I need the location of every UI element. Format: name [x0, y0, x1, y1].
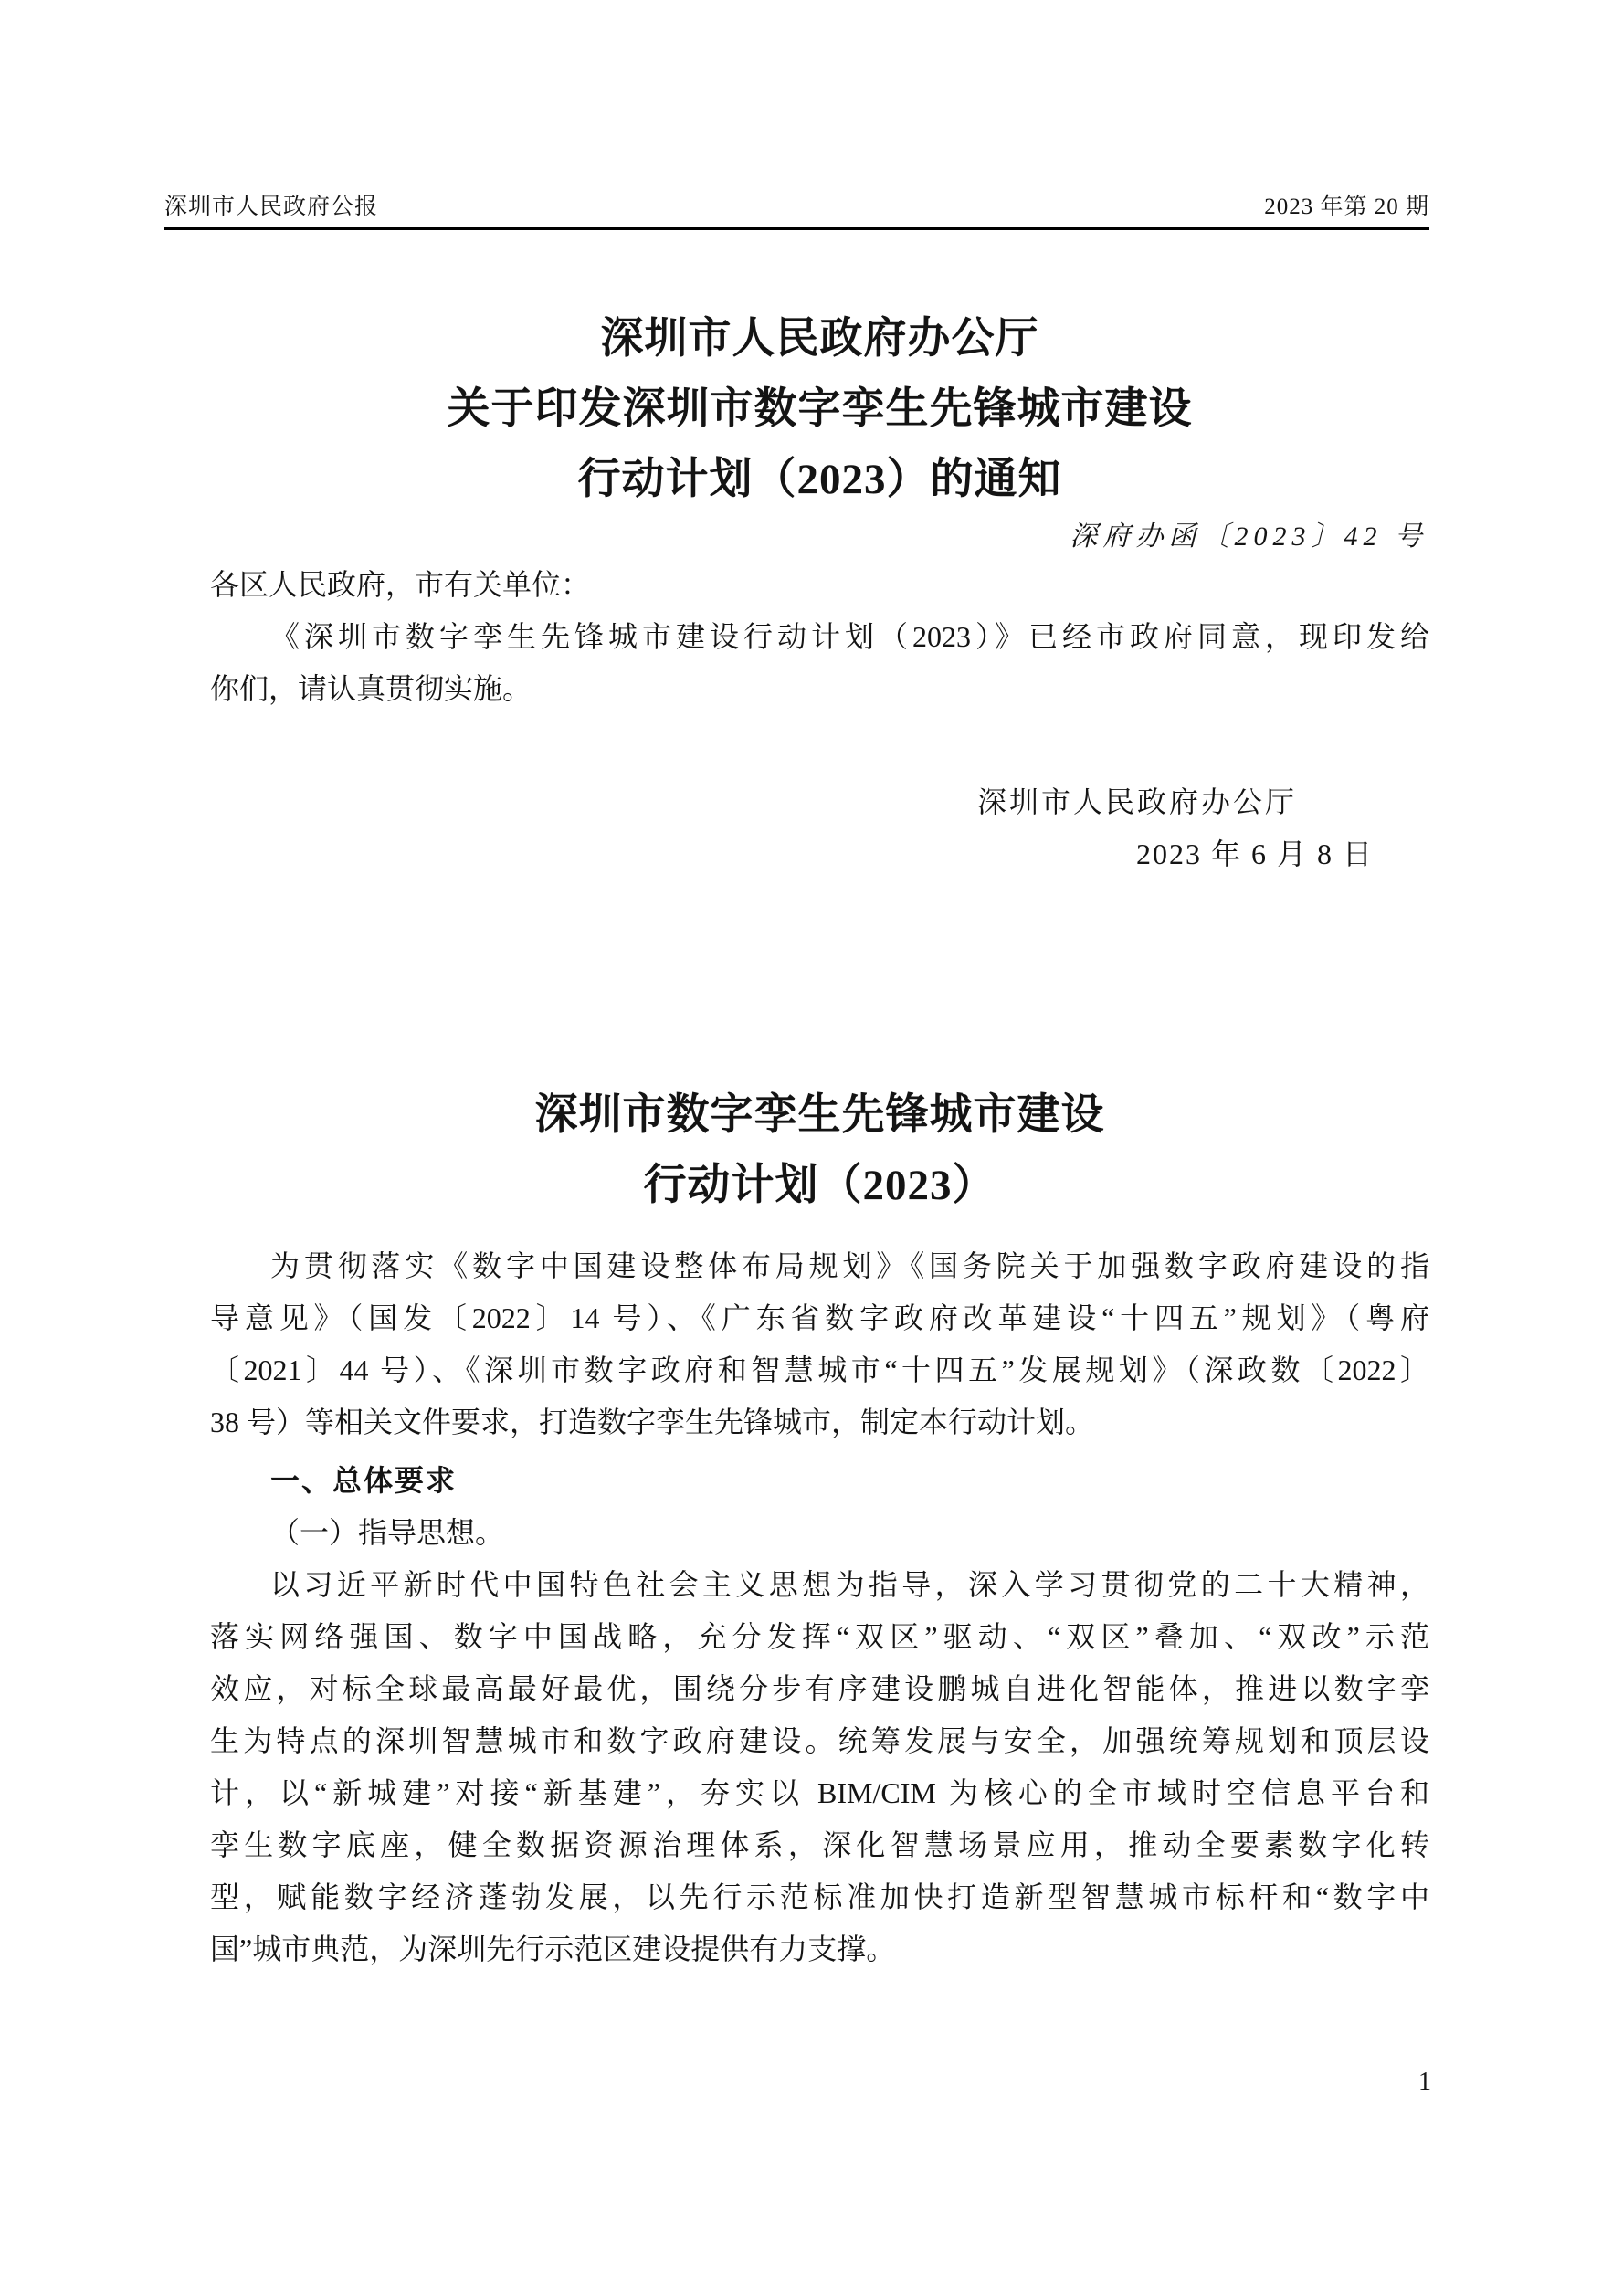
paragraph-line-3: 效应，对标全球最高最好最优，围绕分步有序建设鹏城自进化智能体，推进以数字孪 — [210, 1663, 1429, 1715]
notice-title: 深圳市人民政府办公厅 关于印发深圳市数字孪生先锋城市建设 行动计划（2023）的… — [210, 304, 1429, 515]
page-number: 1 — [1407, 2066, 1443, 2099]
salutation: 各区人民政府，市有关单位： — [210, 559, 1429, 611]
notice-body-line-1: 《深圳市数字孪生先锋城市建设行动计划（2023）》已经市政府同意，现印发给 — [210, 611, 1429, 663]
notice-title-line-1: 深圳市人民政府办公厅 — [210, 304, 1429, 374]
plan-title-line-1: 深圳市数字孪生先锋城市建设 — [210, 1080, 1429, 1151]
document-number: 深府办函〔2023〕42 号 — [210, 515, 1429, 559]
notice-title-line-2: 关于印发深圳市数字孪生先锋城市建设 — [210, 374, 1429, 445]
intro-line-1: 为贯彻落实《数字中国建设整体布局规划》《国务院关于加强数字政府建设的指 — [210, 1240, 1429, 1292]
paragraph-line-8: 国”城市典范，为深圳先行示范区建设提供有力支撑。 — [210, 1923, 1429, 1975]
paragraph-line-4: 生为特点的深圳智慧城市和数字政府建设。统筹发展与安全，加强统筹规划和顶层设 — [210, 1715, 1429, 1767]
gazette-page: 深圳市人民政府公报 2023 年第 20 期 深圳市人民政府办公厅 关于印发深圳… — [0, 0, 1623, 2296]
subsection-heading: （一）指导思想。 — [210, 1507, 1429, 1559]
signature-date: 2023 年 6 月 8 日 — [210, 828, 1429, 880]
paragraph-line-5: 计，以“新城建”对接“新基建”，夯实以 BIM/CIM 为核心的全市域时空信息平… — [210, 1767, 1429, 1819]
paragraph-line-1: 以习近平新时代中国特色社会主义思想为指导，深入学习贯彻党的二十大精神， — [210, 1559, 1429, 1611]
intro-line-2: 导意见》（国发〔2022〕14 号）、《广东省数字政府改革建设“十四五”规划》（… — [210, 1292, 1429, 1344]
plan-intro-paragraph: 为贯彻落实《数字中国建设整体布局规划》《国务院关于加强数字政府建设的指 导意见》… — [210, 1240, 1429, 1448]
paragraph-line-7: 型，赋能数字经济蓬勃发展，以先行示范标准加快打造新型智慧城市标杆和“数字中 — [210, 1871, 1429, 1923]
notice-title-line-3: 行动计划（2023）的通知 — [210, 445, 1429, 515]
intro-line-3: 〔2021〕44 号）、《深圳市数字政府和智慧城市“十四五”发展规划》（深政数〔… — [210, 1344, 1429, 1396]
notice-body-line-2: 你们，请认真贯彻实施。 — [210, 663, 1429, 715]
signature-organization: 深圳市人民政府办公厅 — [210, 776, 1429, 828]
plan-title-line-2: 行动计划（2023） — [210, 1151, 1429, 1221]
paragraph-line-2: 落实网络强国、数字中国战略，充分发挥“双区”驱动、“双区”叠加、“双改”示范 — [210, 1611, 1429, 1663]
guiding-ideology-paragraph: 以习近平新时代中国特色社会主义思想为指导，深入学习贯彻党的二十大精神， 落实网络… — [210, 1559, 1429, 1975]
section-heading: 一、总体要求 — [210, 1455, 1429, 1507]
intro-line-4: 38 号）等相关文件要求，打造数字孪生先锋城市，制定本行动计划。 — [210, 1396, 1429, 1448]
plan-title: 深圳市数字孪生先锋城市建设 行动计划（2023） — [210, 1080, 1429, 1221]
document-content: 深圳市人民政府办公厅 关于印发深圳市数字孪生先锋城市建设 行动计划（2023）的… — [210, 0, 1429, 1975]
paragraph-line-6: 孪生数字底座，健全数据资源治理体系，深化智慧场景应用，推动全要素数字化转 — [210, 1819, 1429, 1871]
